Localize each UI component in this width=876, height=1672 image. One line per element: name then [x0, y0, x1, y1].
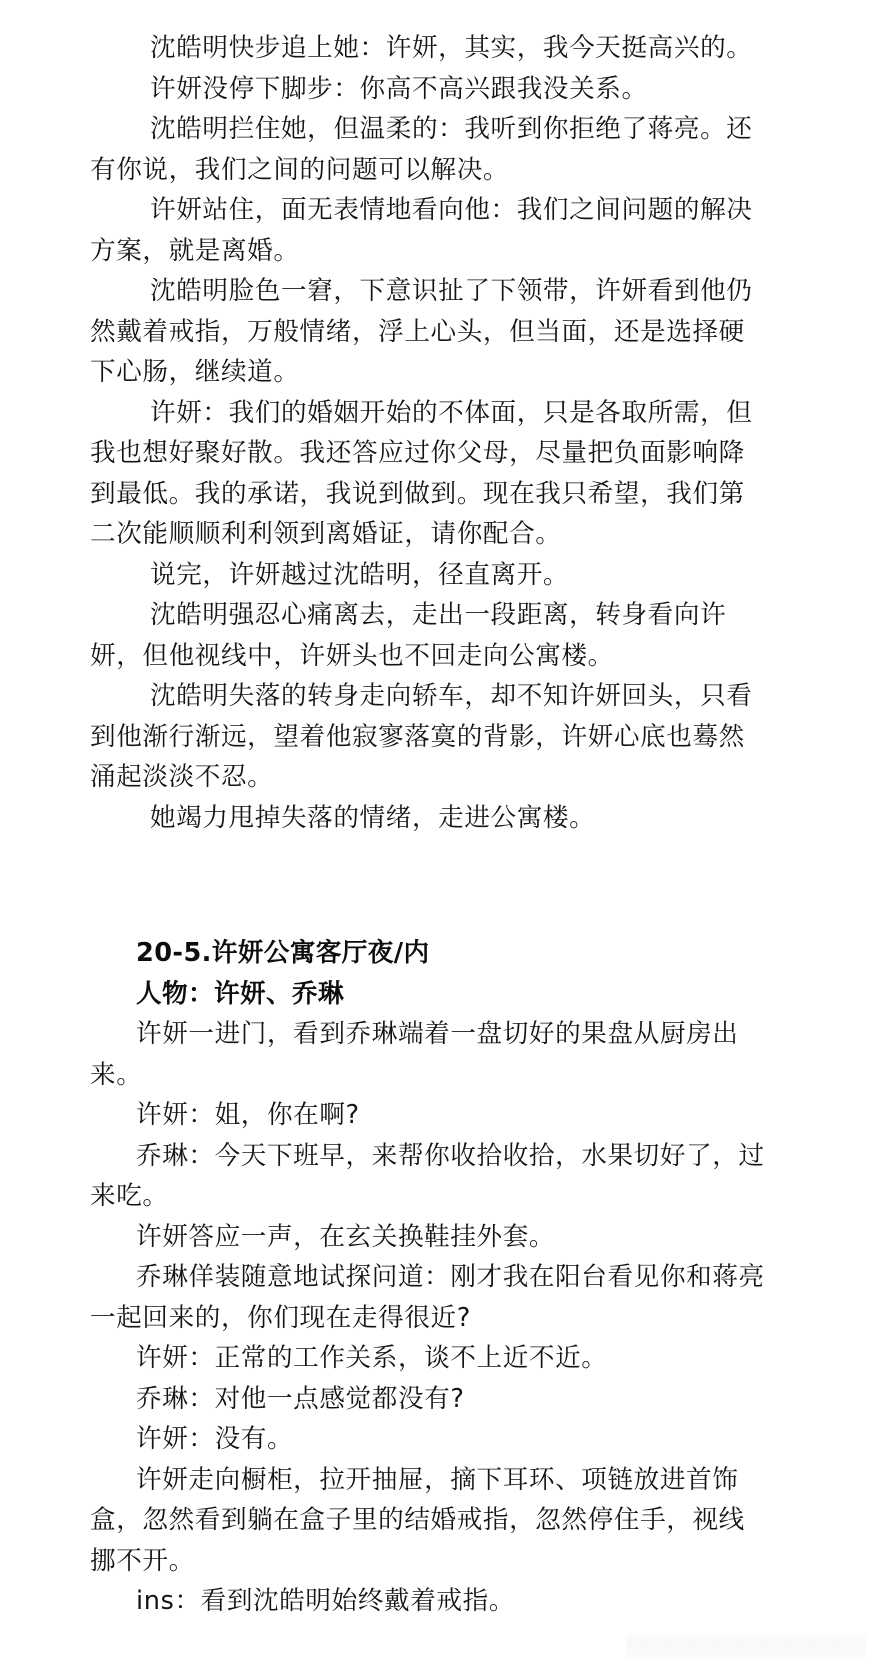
paragraph: 沈皓明快步追上她：许妍，其实，我今天挺高兴的。: [90, 28, 770, 69]
paragraph: 许妍一进门，看到乔琳端着一盘切好的果盘从厨房出来。: [90, 1014, 770, 1095]
scene-heading: 20-5.许妍公寓客厅夜/内: [90, 933, 770, 974]
scene-continuation: 沈皓明快步追上她：许妍，其实，我今天挺高兴的。 许妍没停下脚步：你高不高兴跟我没…: [90, 28, 770, 838]
paragraph: ins：看到沈皓明始终戴着戒指。: [90, 1581, 770, 1622]
paragraph: 沈皓明强忍心痛离去，走出一段距离，转身看向许妍，但他视线中，许妍头也不回走向公寓…: [90, 595, 770, 676]
paragraph: 沈皓明脸色一窘，下意识扯了下领带，许妍看到他仍然戴着戒指，万般情绪，浮上心头，但…: [90, 271, 770, 393]
paragraph: 她竭力甩掉失落的情绪，走进公寓楼。: [90, 798, 770, 839]
paragraph: 许妍站住，面无表情地看向他：我们之间问题的解决方案，就是离婚。: [90, 190, 770, 271]
characters-line: 人物：许妍、乔琳: [90, 974, 770, 1015]
scene-20-5: 20-5.许妍公寓客厅夜/内 人物：许妍、乔琳 许妍一进门，看到乔琳端着一盘切好…: [90, 933, 770, 1622]
script-page: 沈皓明快步追上她：许妍，其实，我今天挺高兴的。 许妍没停下脚步：你高不高兴跟我没…: [0, 0, 876, 1672]
paragraph: 沈皓明失落的转身走向轿车，却不知许妍回头，只看到他渐行渐远，望着他寂寥落寞的背影…: [90, 676, 770, 798]
paragraph: 许妍：没有。: [90, 1419, 770, 1460]
paragraph: 许妍答应一声，在玄关换鞋挂外套。: [90, 1217, 770, 1258]
paragraph: 许妍：正常的工作关系，谈不上近不近。: [90, 1338, 770, 1379]
paragraph: 许妍走向橱柜，拉开抽屉，摘下耳环、项链放进首饰盒，忽然看到躺在盒子里的结婚戒指，…: [90, 1460, 770, 1582]
paragraph: 乔琳佯装随意地试探问道：刚才我在阳台看见你和蒋亮一起回来的，你们现在走得很近?: [90, 1257, 770, 1338]
paragraph: 乔琳：对他一点感觉都没有?: [90, 1379, 770, 1420]
paragraph: 许妍没停下脚步：你高不高兴跟我没关系。: [90, 69, 770, 110]
paragraph: 乔琳：今天下班早，来帮你收拾收拾，水果切好了，过来吃。: [90, 1136, 770, 1217]
paragraph: 说完，许妍越过沈皓明，径直离开。: [90, 555, 770, 596]
paragraph: 沈皓明拦住她，但温柔的：我听到你拒绝了蒋亮。还有你说，我们之间的问题可以解决。: [90, 109, 770, 190]
paragraph: 许妍：我们的婚姻开始的不体面，只是各取所需，但我也想好聚好散。我还答应过你父母，…: [90, 393, 770, 555]
faded-watermark: [628, 1636, 868, 1658]
paragraph: 许妍：姐，你在啊?: [90, 1095, 770, 1136]
